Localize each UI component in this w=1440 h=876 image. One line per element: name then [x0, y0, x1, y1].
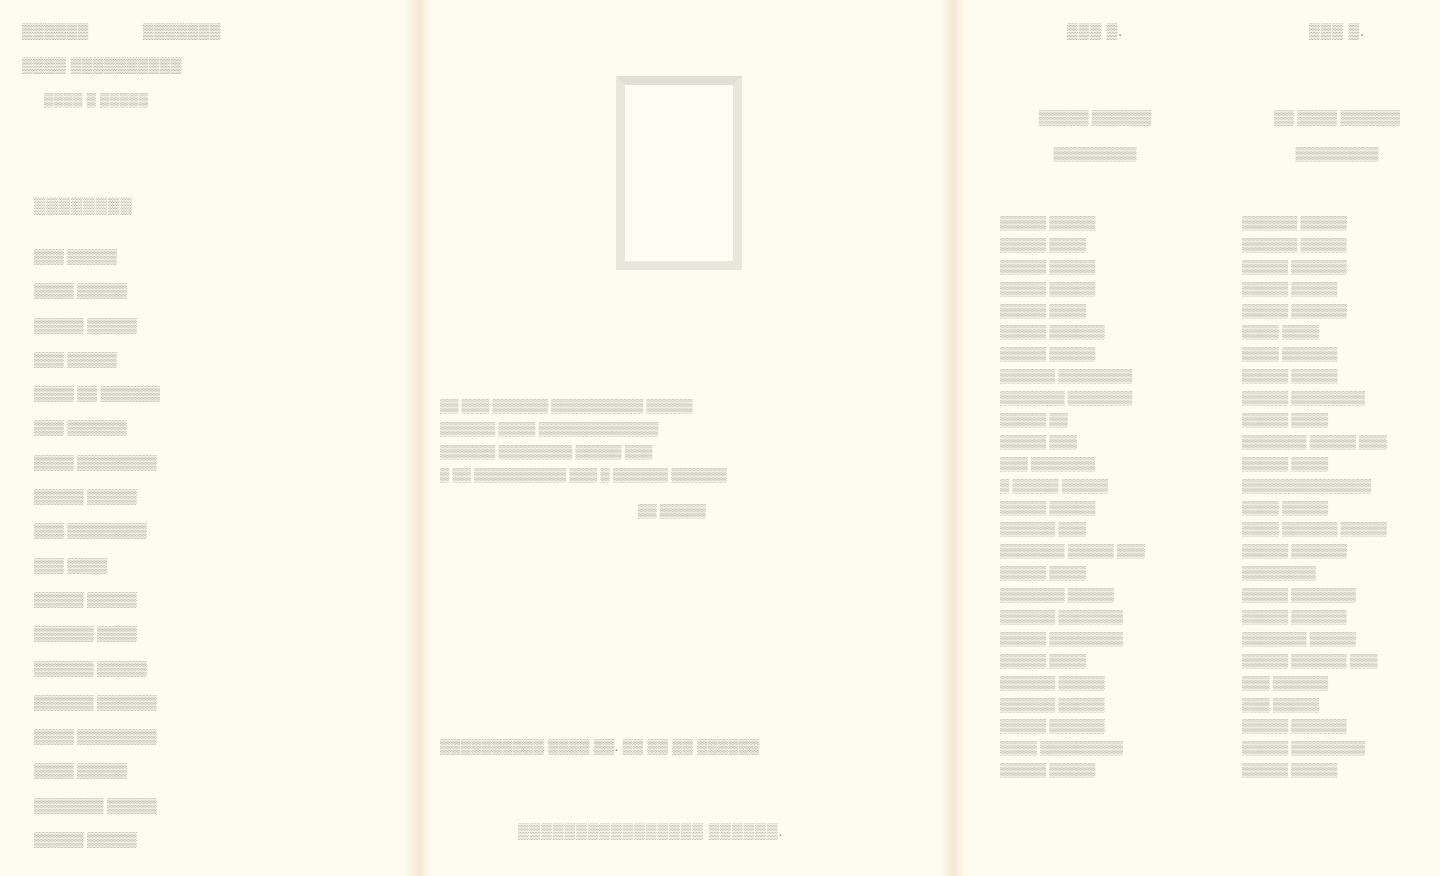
list-item: ▒▒▒▒ ▒▒▒▒▒▒ ▒▒▒▒▒ [1242, 520, 1387, 542]
header-line-1-right: ▒▒▒▒▒▒▒ [143, 24, 221, 41]
list-item: ▒▒▒▒▒ ▒▒▒ [1000, 433, 1145, 455]
blurb-line: ▒▒ ▒▒▒ ▒▒▒▒▒▒ ▒▒▒▒▒▒▒▒▒▒ ▒▒▒▒▒ [440, 398, 692, 413]
list-item: ▒▒▒▒▒▒▒ ▒▒▒▒▒ ▒▒▒ [1242, 433, 1387, 455]
list-item: ▒▒▒▒▒ ▒▒▒▒▒▒ [1242, 608, 1387, 630]
list-item: ▒▒▒▒▒ ▒▒▒▒▒ [1242, 280, 1387, 302]
list-item: ▒▒▒▒▒ ▒▒▒▒▒ [34, 591, 160, 625]
list-item: ▒▒▒▒▒ ▒▒▒▒▒ [34, 317, 160, 351]
fold-line-right [940, 0, 964, 876]
list-item: ▒▒▒▒▒▒ ▒▒▒▒▒ [34, 660, 160, 694]
list-item: ▒▒▒▒▒▒▒ ▒▒▒▒▒ [1000, 586, 1145, 608]
blurb-signature: ▒▒ ▒▒▒▒▒ [638, 503, 706, 519]
list-item: ▒▒▒▒ ▒▒▒▒▒▒▒▒ [34, 454, 160, 488]
section-title: ▒▒▒▒▒▒▒▒ [34, 198, 133, 216]
header-line-2: ▒▒▒▒ ▒▒▒▒▒▒▒▒▒▒ [22, 58, 182, 75]
list-item: ▒▒▒▒ ▒▒▒▒▒ [1242, 499, 1387, 521]
list-item: ▒▒▒▒▒ ▒▒▒▒ [1242, 411, 1387, 433]
list-item: ▒▒▒▒ ▒▒▒▒▒ [34, 282, 160, 316]
list-item: ▒▒▒ ▒▒▒▒ [34, 557, 160, 591]
list-item: ▒▒▒▒ ▒▒▒▒▒ [34, 762, 160, 796]
roster-subtitle: ▒▒▒▒▒ ▒▒▒▒▒▒ [1000, 111, 1190, 127]
photo-frame [616, 76, 742, 270]
name-list: ▒▒▒ ▒▒▒▒▒▒▒▒▒ ▒▒▒▒▒▒▒▒▒▒ ▒▒▒▒▒▒▒▒ ▒▒▒▒▒▒… [34, 248, 160, 865]
list-item: ▒▒▒ ▒▒▒▒▒ [1242, 696, 1387, 718]
footer-line: ▒▒▒▒▒▒▒▒▒▒ ▒▒▒▒ ▒▒. ▒▒ ▒▒ ▒▒ ▒▒▒▒▒▒ [440, 740, 760, 756]
header-line-3: ▒▒▒▒ ▒ ▒▒▒▒▒ [44, 92, 149, 108]
roster-subtitle: ▒▒ ▒▒▒▒ ▒▒▒▒▒▒ [1242, 111, 1432, 127]
list-item: ▒▒▒▒▒ ▒▒▒▒▒ [1000, 280, 1145, 302]
list-item: ▒▒▒▒▒ ▒▒▒▒▒▒ [1000, 323, 1145, 345]
roster-list: ▒▒▒▒▒▒ ▒▒▒▒▒▒▒▒▒▒▒ ▒▒▒▒▒▒▒▒▒▒ ▒▒▒▒▒▒▒▒▒▒… [1242, 214, 1387, 783]
center-panel: ▒▒ ▒▒▒ ▒▒▒▒▒▒ ▒▒▒▒▒▒▒▒▒▒ ▒▒▒▒▒▒▒▒▒▒▒ ▒▒▒… [432, 0, 940, 876]
list-item: ▒▒▒▒▒ ▒▒▒▒▒▒ [1000, 717, 1145, 739]
list-item: ▒▒▒ ▒▒▒▒▒▒▒▒ [34, 522, 160, 556]
list-item: ▒▒▒▒▒ ▒▒▒▒▒▒▒▒ [1000, 630, 1145, 652]
list-item: ▒▒▒▒▒ ▒▒▒▒▒ [1000, 761, 1145, 783]
list-item: ▒▒▒▒▒▒ ▒▒▒▒▒ [1242, 214, 1387, 236]
list-item: ▒▒▒▒▒ ▒▒▒▒ [1242, 455, 1387, 477]
list-item: ▒▒▒▒▒▒▒ ▒▒▒▒▒ [1242, 630, 1387, 652]
list-item: ▒▒▒▒▒▒ ▒▒▒▒▒▒ [34, 694, 160, 728]
list-item: ▒▒▒▒▒▒▒ ▒▒▒▒▒▒▒ [1000, 389, 1145, 411]
list-item: ▒▒▒▒▒ ▒▒▒▒▒ [1242, 761, 1387, 783]
footer-title: ▒▒▒▒▒▒▒▒▒▒▒▒▒▒▒▒ ▒▒▒▒▒▒. [518, 824, 783, 841]
list-item: ▒▒▒▒ ▒▒▒▒▒▒▒▒▒ [1000, 739, 1145, 761]
list-item: ▒▒▒▒▒ ▒▒▒▒▒ [34, 831, 160, 865]
roster-subtitle-2: ▒▒▒▒▒▒▒▒▒ [1242, 146, 1432, 162]
list-item: ▒▒▒ ▒▒▒▒▒ [34, 351, 160, 385]
list-item: ▒▒▒ ▒▒▒▒▒▒ [1242, 674, 1387, 696]
list-item: ▒▒▒▒▒ ▒▒▒▒▒▒▒▒ [1242, 739, 1387, 761]
list-item: ▒▒▒▒▒ ▒▒ [1000, 411, 1145, 433]
list-item: ▒▒▒▒▒▒ ▒▒▒▒▒ [1000, 674, 1145, 696]
list-item: ▒▒▒▒▒▒ ▒▒▒▒▒▒▒ [1000, 608, 1145, 630]
list-item: ▒▒▒▒ ▒▒▒▒ [1242, 323, 1387, 345]
list-item: ▒▒▒▒ ▒▒▒▒▒▒ [1242, 345, 1387, 367]
list-item: ▒▒▒▒▒▒ ▒▒▒▒▒▒▒▒ [1000, 367, 1145, 389]
list-item: ▒▒▒▒▒▒▒ ▒▒▒▒▒ [34, 797, 160, 831]
blurb-line: ▒ ▒▒ ▒▒▒▒▒▒▒▒▒▒ ▒▒▒ ▒ ▒▒▒▒▒▒ ▒▒▒▒▒▒ [440, 467, 727, 482]
list-item: ▒▒▒ ▒▒▒▒▒▒▒ [1000, 455, 1145, 477]
fold-line-left [404, 0, 432, 876]
left-panel: ▒▒▒▒▒▒ ▒▒▒▒▒▒▒ ▒▒▒▒ ▒▒▒▒▒▒▒▒▒▒ ▒▒▒▒ ▒ ▒▒… [0, 0, 404, 876]
list-item: ▒▒▒▒▒ ▒▒▒▒▒ [1000, 499, 1145, 521]
blurb-paragraph: ▒▒ ▒▒▒ ▒▒▒▒▒▒ ▒▒▒▒▒▒▒▒▒▒ ▒▒▒▒▒▒▒▒▒▒▒ ▒▒▒… [440, 394, 830, 486]
list-item: ▒▒▒▒▒ ▒▒▒▒▒ [1000, 258, 1145, 280]
blurb-line: ▒▒▒▒▒▒ ▒▒▒▒ ▒▒▒▒▒▒▒▒▒▒▒▒▒ [440, 421, 658, 436]
list-item: ▒▒▒▒▒ ▒▒▒▒▒▒ ▒▒▒ [1242, 652, 1387, 674]
roster-heading: ▒▒▒ ▒. [1000, 24, 1190, 41]
list-item: ▒▒▒▒▒ ▒▒▒▒ [1000, 652, 1145, 674]
header-line-1-left: ▒▒▒▒▒▒ [22, 24, 89, 41]
list-item: ▒▒▒▒▒ ▒▒▒▒▒▒ [1242, 258, 1387, 280]
list-item: ▒▒▒▒▒ ▒▒▒▒▒ [1242, 367, 1387, 389]
list-item: ▒▒▒▒▒▒▒▒ [1242, 564, 1387, 586]
list-item: ▒▒▒▒▒ ▒▒▒▒▒ [34, 488, 160, 522]
list-item: ▒▒▒▒▒ ▒▒▒▒▒▒ [1242, 717, 1387, 739]
roster-list: ▒▒▒▒▒ ▒▒▒▒▒▒▒▒▒▒ ▒▒▒▒▒▒▒▒▒ ▒▒▒▒▒▒▒▒▒▒ ▒▒… [1000, 214, 1145, 783]
list-item: ▒▒▒▒▒ ▒▒▒▒ [1000, 302, 1145, 324]
roster-subtitle-2: ▒▒▒▒▒▒▒▒▒ [1000, 146, 1190, 162]
list-item: ▒▒▒▒▒ ▒▒▒▒▒ [1000, 345, 1145, 367]
list-item: ▒▒▒▒▒ ▒▒▒▒▒▒ [1242, 302, 1387, 324]
list-item: ▒▒▒▒▒▒▒▒▒▒▒▒▒▒ [1242, 477, 1387, 499]
list-item: ▒▒▒▒▒▒ ▒▒▒▒ [34, 625, 160, 659]
list-item: ▒▒▒▒▒ ▒▒▒▒ [1000, 236, 1145, 258]
right-panel: ▒▒▒ ▒. ▒▒▒▒▒ ▒▒▒▒▒▒ ▒▒▒▒▒▒▒▒▒ ▒▒▒▒▒ ▒▒▒▒… [964, 0, 1440, 876]
blurb-line: ▒▒▒▒▒▒ ▒▒▒▒▒▒▒▒ ▒▒▒▒▒ ▒▒▒ [440, 444, 652, 459]
list-item: ▒ ▒▒▒▒▒ ▒▒▒▒▒ [1000, 477, 1145, 499]
list-item: ▒▒▒▒▒ ▒▒▒▒ [1000, 564, 1145, 586]
list-item: ▒▒▒▒ ▒▒▒▒▒▒▒▒ [34, 728, 160, 762]
list-item: ▒▒▒▒▒▒ ▒▒▒▒▒ [1242, 236, 1387, 258]
list-item: ▒▒▒▒ ▒▒ ▒▒▒▒▒▒ [34, 385, 160, 419]
list-item: ▒▒▒▒▒▒▒ ▒▒▒▒▒ ▒▒▒ [1000, 542, 1145, 564]
list-item: ▒▒▒▒▒ ▒▒▒▒▒▒ [1242, 542, 1387, 564]
list-item: ▒▒▒▒▒▒ ▒▒▒ [1000, 520, 1145, 542]
list-item: ▒▒▒▒▒ ▒▒▒▒▒ [1000, 214, 1145, 236]
list-item: ▒▒▒▒▒ ▒▒▒▒▒▒▒ [1242, 586, 1387, 608]
roster-heading: ▒▒▒ ▒. [1242, 24, 1432, 41]
list-item: ▒▒▒ ▒▒▒▒▒▒ [34, 419, 160, 453]
list-item: ▒▒▒▒▒ ▒▒▒▒▒▒▒▒ [1242, 389, 1387, 411]
list-item: ▒▒▒▒▒▒ ▒▒▒▒▒ [1000, 696, 1145, 718]
list-item: ▒▒▒ ▒▒▒▒▒ [34, 248, 160, 282]
